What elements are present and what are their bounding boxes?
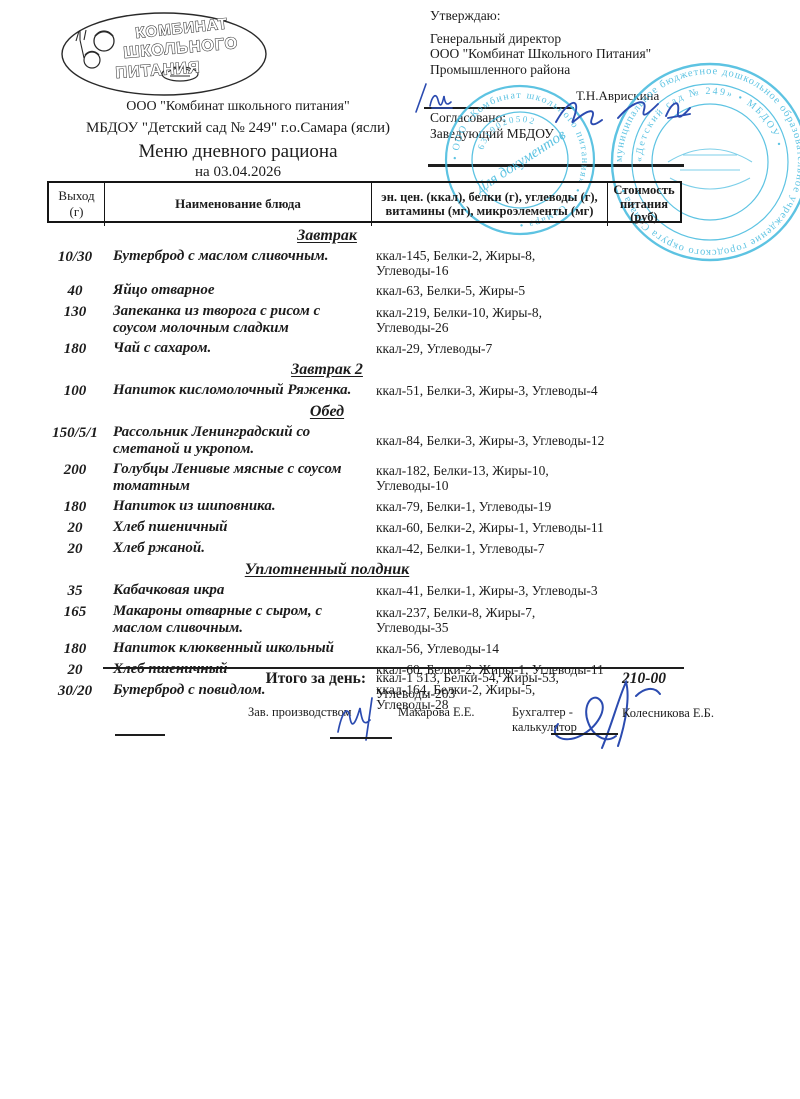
dish-output: 40: [47, 282, 103, 299]
accountant-name: Колесникова Е.Б.: [622, 706, 714, 721]
dish-cost: [606, 282, 682, 299]
section-title: Обед: [47, 403, 607, 421]
totals-label: Итого за день:: [47, 670, 370, 702]
menu-row: 200Голубцы Ленивые мясные с соусом томат…: [47, 461, 682, 494]
dish-name: Макароны отварные с сыром, с маслом слив…: [103, 603, 370, 636]
dish-name: Рассольник Ленинградский со сметаной и у…: [103, 424, 370, 457]
production-manager-signature: [328, 692, 400, 742]
menu-row: 180Напиток клюквенный школьныйккал-56, У…: [47, 640, 682, 657]
dish-info-text: ккал-84, Белки-3, Жиры-3, Углеводы-12: [376, 433, 606, 448]
dish-output: 165: [47, 603, 103, 636]
dish-info-text: ккал-42, Белки-1, Углеводы-7: [376, 541, 606, 556]
dish-name: Запеканка из творога с рисом с соусом мо…: [103, 303, 370, 336]
dish-info: ккал-63, Белки-5, Жиры-5: [370, 282, 606, 299]
svg-text:6319020502: 6319020502: [476, 114, 538, 151]
dish-info-text: ккал-56, Углеводы-14: [376, 641, 606, 656]
dish-output: 180: [47, 498, 103, 515]
dish-cost: [606, 248, 682, 278]
menu-body: Завтрак10/30Бутерброд с маслом сливочным…: [47, 226, 682, 716]
dish-name: Хлеб пшеничный: [103, 519, 370, 536]
menu-row: 10/30Бутерброд с маслом сливочным.ккал-1…: [47, 248, 682, 278]
agreed-signature: [548, 78, 708, 138]
dish-cost: [606, 461, 682, 494]
dish-output: 200: [47, 461, 103, 494]
dish-cost: [606, 540, 682, 557]
dish-cost: [606, 640, 682, 657]
dish-cost: [606, 303, 682, 336]
dish-info-text: ккал-41, Белки-1, Жиры-3, Углеводы-3: [376, 583, 606, 598]
column-header-output: Выход (г): [49, 183, 105, 226]
dish-output: 150/5/1: [47, 424, 103, 457]
company-logo: КОМБИНАТ ШКОЛЬНОГО ПИТАНИЯ: [58, 10, 270, 103]
dish-output: 35: [47, 582, 103, 599]
column-header-dish: Наименование блюда: [105, 183, 372, 226]
dish-name: Бутерброд с маслом сливочным.: [103, 248, 370, 278]
dish-name: Голубцы Ленивые мясные с соусом томатным: [103, 461, 370, 494]
menu-row: 165Макароны отварные с сыром, с маслом с…: [47, 603, 682, 636]
dish-name: Кабачковая икра: [103, 582, 370, 599]
dish-info: ккал-60, Белки-2, Жиры-1, Углеводы-11: [370, 519, 606, 536]
menu-row: 40Яйцо отварноеккал-63, Белки-5, Жиры-5: [47, 282, 682, 299]
dish-output: 20: [47, 540, 103, 557]
stamp1-digits: 6319020502: [476, 114, 538, 151]
section-title: Завтрак: [47, 227, 607, 245]
dish-name: Напиток клюквенный школьный: [103, 640, 370, 657]
menu-row: 180Напиток из шиповника.ккал-79, Белки-1…: [47, 498, 682, 515]
dish-info: ккал-56, Углеводы-14: [370, 640, 606, 657]
scanned-menu-document: КОМБИНАТ ШКОЛЬНОГО ПИТАНИЯ Утверждаю: Ге…: [0, 0, 800, 1099]
dish-output: 100: [47, 382, 103, 399]
dish-info-text: ккал-237, Белки-8, Жиры-7, Углеводы-35: [376, 605, 606, 635]
dish-info-text: ккал-51, Белки-3, Жиры-3, Углеводы-4: [376, 383, 606, 398]
table-header: Выход (г) Наименование блюда эн. цен. (к…: [47, 181, 682, 223]
menu-row: 180Чай с сахаром.ккал-29, Углеводы-7: [47, 340, 682, 357]
menu-row: 20Хлеб пшеничныйккал-60, Белки-2, Жиры-1…: [47, 519, 682, 536]
dish-name: Яйцо отварное: [103, 282, 370, 299]
dish-info-text: ккал-79, Белки-1, Углеводы-19: [376, 499, 606, 514]
dish-info-text: ккал-29, Углеводы-7: [376, 341, 606, 356]
column-header-nutrition: эн. цен. (ккал), белки (г), углеводы (г)…: [372, 183, 608, 226]
dish-info: ккал-41, Белки-1, Жиры-3, Углеводы-3: [370, 582, 606, 599]
dish-info-text: ккал-145, Белки-2, Жиры-8, Углеводы-16: [376, 248, 606, 278]
dish-info: ккал-237, Белки-8, Жиры-7, Углеводы-35: [370, 603, 606, 636]
org-name: ООО "Комбинат школьного питания": [40, 99, 436, 115]
dish-output: 130: [47, 303, 103, 336]
logo-word-bottom: ПИТАНИЯ: [115, 59, 201, 82]
dish-info: ккал-219, Белки-10, Жиры-8, Углеводы-26: [370, 303, 606, 336]
dish-info: ккал-84, Белки-3, Жиры-3, Углеводы-12: [370, 424, 606, 457]
menu-row: 130Запеканка из творога с рисом с соусом…: [47, 303, 682, 336]
org-block: ООО "Комбинат школьного питания" МБДОУ "…: [40, 99, 436, 181]
dish-cost: [606, 424, 682, 457]
logo-illustration: КОМБИНАТ ШКОЛЬНОГО ПИТАНИЯ: [58, 10, 270, 98]
dish-cost: [606, 582, 682, 599]
footer-left-line: [115, 734, 165, 736]
dish-output: 10/30: [47, 248, 103, 278]
menu-row: 20Хлеб ржаной.ккал-42, Белки-1, Углеводы…: [47, 540, 682, 557]
dish-name: Чай с сахаром.: [103, 340, 370, 357]
dish-info: ккал-79, Белки-1, Углеводы-19: [370, 498, 606, 515]
menu-row: 100Напиток кисломолочный Ряженка.ккал-51…: [47, 382, 682, 399]
dish-cost: [606, 603, 682, 636]
document-date: на 03.04.2026: [40, 164, 436, 181]
dish-info-text: ккал-60, Белки-2, Жиры-1, Углеводы-11: [376, 520, 606, 535]
dish-output: 20: [47, 519, 103, 536]
dish-name: Напиток из шиповника.: [103, 498, 370, 515]
dish-info: ккал-42, Белки-1, Углеводы-7: [370, 540, 606, 557]
accountant-line: [551, 733, 618, 735]
dish-info: ккал-51, Белки-3, Жиры-3, Углеводы-4: [370, 382, 606, 399]
dish-name: Хлеб ржаной.: [103, 540, 370, 557]
menu-row: 150/5/1Рассольник Ленинградский со смета…: [47, 424, 682, 457]
totals-top-line: [103, 667, 684, 669]
section-title: Уплотненный полдник: [47, 561, 607, 579]
dish-name: Напиток кисломолочный Ряженка.: [103, 382, 370, 399]
dish-cost: [606, 498, 682, 515]
dish-info: ккал-29, Углеводы-7: [370, 340, 606, 357]
document-title: Меню дневного рациона: [40, 141, 436, 163]
production-manager-line: [330, 737, 392, 739]
dish-output: 180: [47, 340, 103, 357]
column-header-cost: Стоимость питания (руб): [608, 183, 680, 226]
dish-cost: [606, 519, 682, 536]
dish-info: ккал-182, Белки-13, Жиры-10, Углеводы-10: [370, 461, 606, 494]
director-title-line1: Генеральный директор: [430, 31, 710, 47]
dish-info-text: ккал-182, Белки-13, Жиры-10, Углеводы-10: [376, 463, 606, 493]
dish-cost: [606, 382, 682, 399]
production-manager-name: Макарова Е.Е.: [398, 705, 475, 720]
menu-row: 35Кабачковая икраккал-41, Белки-1, Жиры-…: [47, 582, 682, 599]
dish-cost: [606, 340, 682, 357]
dish-output: 180: [47, 640, 103, 657]
dish-info-text: ккал-219, Белки-10, Жиры-8, Углеводы-26: [376, 305, 606, 335]
dish-info: ккал-145, Белки-2, Жиры-8, Углеводы-16: [370, 248, 606, 278]
kindergarten-name: МБДОУ "Детский сад № 249" г.о.Самара (яс…: [40, 120, 436, 137]
section-title: Завтрак 2: [47, 361, 607, 379]
dish-info-text: ккал-63, Белки-5, Жиры-5: [376, 283, 606, 298]
approve-label: Утверждаю:: [430, 8, 710, 24]
